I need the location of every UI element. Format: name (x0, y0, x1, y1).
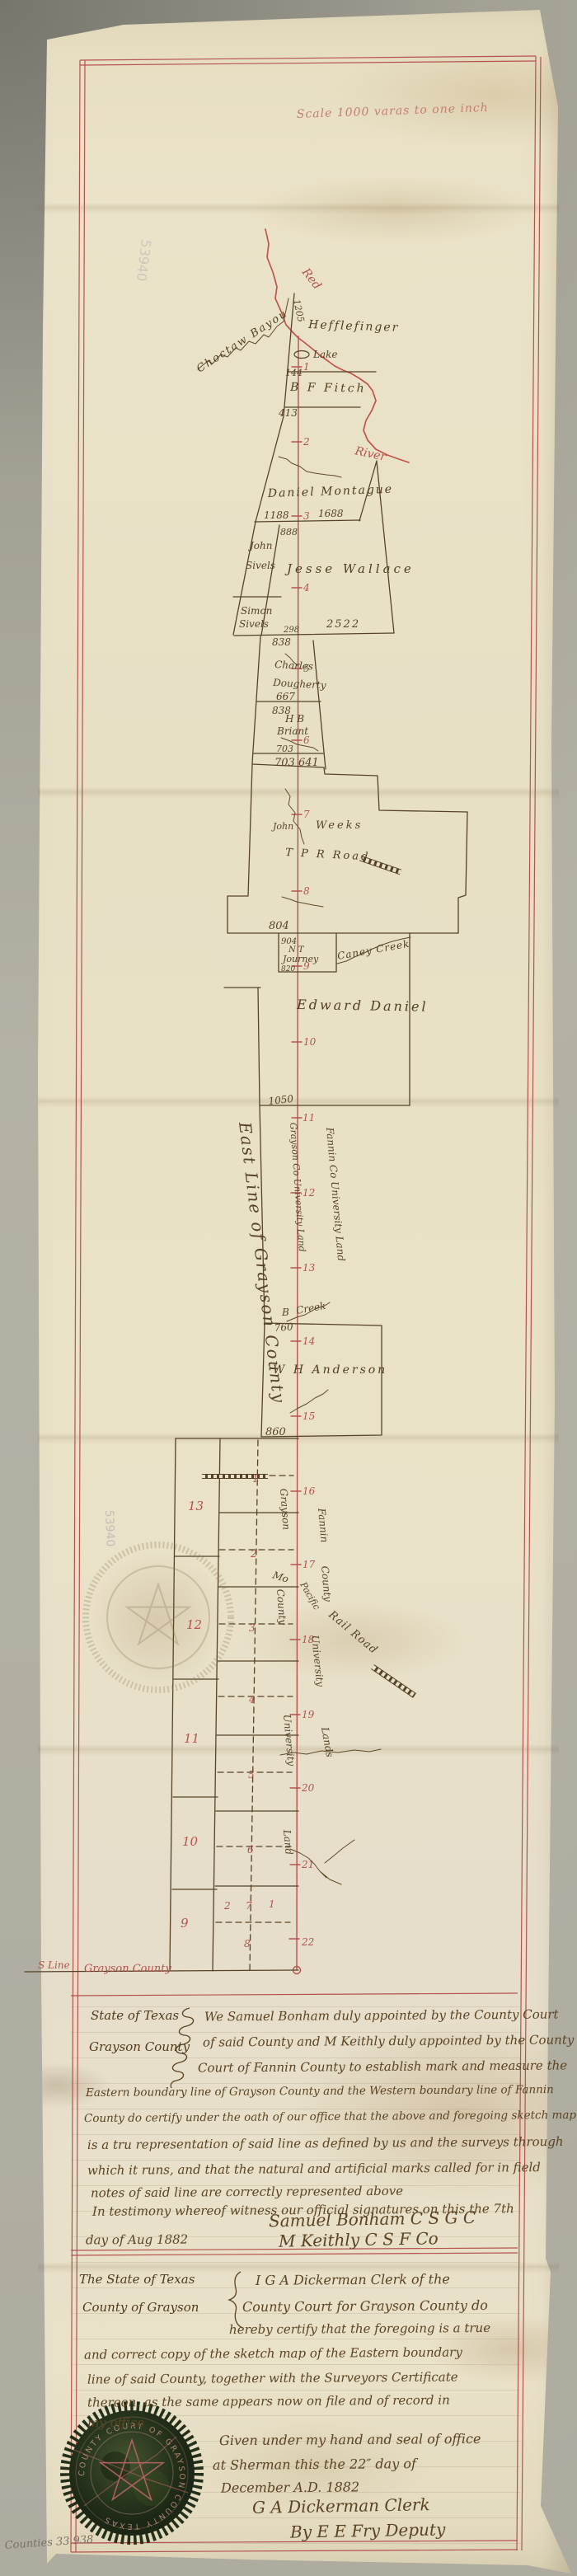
south-line-label: S Line (38, 1959, 70, 1971)
certificate-line: hereby certify that the foregoing is a t… (229, 2320, 490, 2337)
certificate-line: notes of said line are correctly represe… (91, 2184, 403, 2201)
lake-symbol (294, 351, 309, 359)
ghost-stamp: 53940 (102, 1510, 117, 1547)
survey-number: 1688 (318, 508, 344, 519)
railroad-label: Mo (270, 1569, 290, 1585)
survey-number: 904 (281, 937, 297, 946)
grid-numbers: 13 12 11 10 9 1 2 3 4 5 6 7 8 2 1 (181, 1473, 275, 1950)
railroad-label: Pacific (298, 1579, 322, 1612)
land-label: University (281, 1714, 297, 1767)
block-number: 12 (186, 1617, 202, 1632)
row-number: 5 (248, 1769, 255, 1781)
certificate-line: Given under my hand and seal of office (219, 2431, 481, 2448)
survey-number: 413 (278, 407, 298, 419)
certificate-line: and correct copy of the sketch map of th… (84, 2344, 462, 2362)
survey-number: 2522 (326, 618, 360, 631)
parcel-label: Weeks (316, 819, 363, 832)
river-label: Red (298, 265, 323, 293)
mile-tick-label: 20 (301, 1782, 315, 1794)
mile-tick-label: 10 (303, 1036, 317, 1048)
survey-number: 1205 (291, 298, 307, 323)
certificate-line: of said County and M Keithly duly appoin… (203, 2032, 574, 2049)
brace (229, 2272, 242, 2328)
parcel-label: John (247, 540, 273, 551)
lot-number: 2 (223, 1900, 231, 1912)
certificate-line: We Samuel Bonham duly appointed by the C… (204, 2007, 559, 2025)
certificate-line: I G A Dickerman Clerk of the (256, 2271, 450, 2288)
parcel-label: Simon (241, 605, 272, 617)
certificate-line: December A.D. 1882 (221, 2479, 359, 2495)
mile-tick-label: 11 (303, 1112, 315, 1124)
place-line: County of Grayson (82, 2300, 199, 2315)
parcel-label: Sivels (239, 618, 269, 630)
red-river: Red River (265, 229, 409, 464)
parcel-labels: Hefflefinger Lake B F Fitch Choctaw Bayo… (38, 307, 429, 1975)
mile-tick-label: 13 (303, 1262, 316, 1274)
scanned-document: Scale 1000 varas to one inch Red River 1… (0, 0, 577, 2576)
land-label: Fannin Co University Land (324, 1126, 347, 1262)
mile-tick-label: 22 (301, 1936, 314, 1948)
bayou-label: Choctaw Bayou (195, 307, 290, 376)
railroad-label: Rail Road (326, 1608, 380, 1657)
survey-number: 838 (272, 705, 291, 716)
land-label: County (274, 1588, 288, 1626)
mile-tick-label: 16 (303, 1485, 316, 1497)
creek-label: Caney Creek (336, 938, 410, 962)
signature: G A Dickerman Clerk (252, 2494, 430, 2517)
survey-number: 703 641 (274, 757, 319, 769)
certificate-line: line of said County, together with the S… (87, 2369, 458, 2386)
place-line: Grayson County (89, 2039, 190, 2054)
certificate-line: my office (87, 2415, 144, 2430)
mile-tick-label: 19 (302, 1709, 315, 1720)
mile-tick-label: 14 (303, 1335, 315, 1347)
creek-label: Creek (295, 1300, 326, 1316)
certificate-line: day of Aug 1882 (86, 2232, 188, 2248)
parcel-label: B F Fitch (289, 381, 367, 396)
row-number: 4 (248, 1694, 256, 1706)
survey-number: 298 (283, 626, 299, 635)
creek-label: B (281, 1307, 289, 1318)
survey-number: 804 (269, 920, 289, 932)
land-label: County (319, 1565, 334, 1602)
survey-number: 820 (281, 965, 295, 974)
mile-tick-label: 1 (303, 361, 310, 373)
mile-tick-label: 4 (303, 582, 310, 594)
land-label: Grayson (278, 1488, 292, 1530)
parcel-label: W H Anderson (273, 1363, 387, 1377)
survey-number: 703 (276, 744, 293, 754)
row-number: 3 (249, 1622, 256, 1634)
row-number: 7 (246, 1900, 252, 1912)
mile-tick-label: 3 (303, 510, 310, 522)
signature: Samuel Bonham C S G C (269, 2208, 476, 2231)
mile-tick-labels: 1 2 3 4 5 6 7 8 9 10 11 12 13 14 15 16 1… (301, 361, 317, 1948)
parcel-label: Daniel Montague (267, 483, 394, 500)
survey-number: 888 (280, 527, 298, 537)
place-line: State of Texas (91, 2008, 179, 2023)
row-number: 6 (247, 1844, 254, 1856)
certificate-line: which it runs, and that the natural and … (87, 2160, 541, 2178)
parcel-label: Briant (276, 725, 308, 737)
block-number: 13 (188, 1499, 204, 1513)
land-label: Land (281, 1828, 295, 1856)
land-label: Fannin (316, 1507, 331, 1543)
land-label: Lands (319, 1725, 335, 1758)
parcel-label: Hefflefinger (307, 318, 400, 335)
parcel-label: Charles (274, 659, 314, 672)
south-line-label: Grayson County (84, 1963, 171, 1975)
parcel-label: Jesse Wallace (284, 561, 415, 576)
block-number: 10 (182, 1834, 199, 1849)
mile-tick-label: 17 (303, 1559, 316, 1570)
parcel-label: Edward Daniel (296, 997, 429, 1015)
row-number: 1 (252, 1473, 259, 1485)
land-label: University (309, 1635, 326, 1687)
mile-tick-label: 7 (303, 809, 310, 820)
ghost-stamp: 53940 (134, 239, 154, 283)
parcel-label: Journey (281, 954, 319, 964)
river-label: River (353, 444, 388, 464)
place-line: The State of Texas (79, 2272, 195, 2287)
row-number: 2 (250, 1548, 257, 1560)
certificate-line: Court of Fannin County to establish mark… (198, 2058, 567, 2075)
lot-number: 1 (269, 1898, 275, 1910)
survey-number: 760 (274, 1321, 293, 1334)
row-number: 8 (244, 1938, 251, 1950)
mile-tick-label: 21 (301, 1859, 314, 1870)
parcel-label: Sivels (246, 560, 275, 571)
mile-tick-label: 2 (303, 436, 310, 448)
parcel-label: Dougherty (272, 677, 326, 691)
signature: By E E Fry Deputy (290, 2519, 446, 2541)
block-number: 9 (181, 1916, 189, 1931)
scale-note: Scale 1000 varas to one inch (297, 101, 489, 121)
certificate-line: thereon, as the same appears now on file… (87, 2392, 450, 2409)
signature: M Keithly C S F Co (279, 2228, 439, 2250)
survey-number: 144 (285, 368, 303, 378)
parcel-label: John (271, 821, 293, 832)
county-line-label: East Line of Grayson County (235, 1120, 289, 1405)
mile-tick-label: 8 (303, 885, 310, 897)
certificate-line: County Court for Grayson County do (242, 2297, 488, 2315)
mile-tick-label: 15 (303, 1410, 315, 1422)
certificate-line: at Sherman this the 22″ day of (213, 2456, 416, 2473)
embossed-seal-ghost (86, 1545, 231, 1690)
block-number: 11 (184, 1731, 199, 1746)
survey-number: 838 (272, 636, 291, 648)
survey-number: 667 (276, 691, 295, 702)
survey-number: 1188 (264, 509, 289, 521)
survey-number: 860 (265, 1426, 286, 1438)
lake-label: Lake (312, 349, 338, 360)
pencil-note: Counties 33 938 (4, 2534, 94, 2552)
